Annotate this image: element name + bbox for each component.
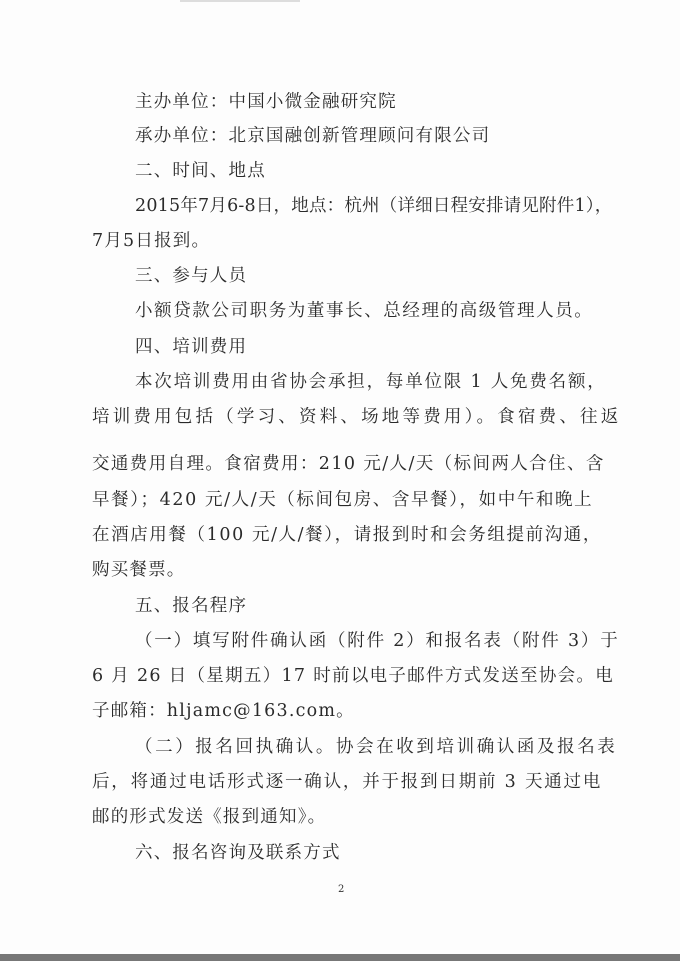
line-organizer: 主办单位：中国小微金融研究院	[135, 88, 397, 113]
line-registration-1: （一）填写附件确认函（附件 2）和报名表（附件 3）于	[135, 627, 620, 652]
line-date-location: 2015年7月6-8日，地点：杭州（详细日程安排请见附件1），	[135, 192, 612, 217]
line-participants: 小额贷款公司职务为董事长、总经理的高级管理人员。	[135, 297, 593, 322]
section-heading-contact: 六、报名咨询及联系方式	[135, 839, 341, 864]
line-registration-2: 6 月 26 日（星期五）17 时前以电子邮件方式发送至协会。电	[92, 662, 614, 687]
line-fees-3: 交通费用自理。食宿费用：210 元/人/天（标间两人合住、含	[92, 450, 605, 475]
line-fees-5: 在酒店用餐（100 元/人/餐），请报到时和会务组提前沟通，	[92, 521, 602, 546]
scan-edge	[0, 954, 680, 961]
section-heading-registration: 五、报名程序	[135, 592, 247, 617]
line-co-organizer: 承办单位：北京国融创新管理顾问有限公司	[135, 122, 490, 147]
line-confirmation-1: （二）报名回执确认。协会在收到培训确认函及报名表	[135, 733, 617, 758]
line-checkin-date: 7月5日报到。	[92, 227, 210, 252]
line-fees-1: 本次培训费用由省协会承担，每单位限 1 人免费名额，	[135, 368, 607, 393]
line-registration-email: 子邮箱：hljamc@163.com。	[92, 697, 355, 722]
line-confirmation-3: 邮的形式发送《报到通知》。	[92, 803, 326, 828]
line-fees-6: 购买餐票。	[92, 556, 186, 581]
scan-artifact	[180, 0, 300, 2]
line-confirmation-2: 后，将通过电话形式逐一确认，并于报到日期前 3 天通过电	[92, 768, 602, 793]
line-fees-2: 培训费用包括（学习、资料、场地等费用）。食宿费、往返	[92, 403, 621, 428]
page-number: 2	[338, 884, 344, 895]
section-heading-fees: 四、培训费用	[135, 333, 247, 358]
section-heading-time-place: 二、时间、地点	[135, 157, 266, 182]
section-heading-participants: 三、参与人员	[135, 262, 247, 287]
line-fees-4: 早餐）；420 元/人/天（标间包房、含早餐），如中午和晚上	[92, 486, 593, 511]
